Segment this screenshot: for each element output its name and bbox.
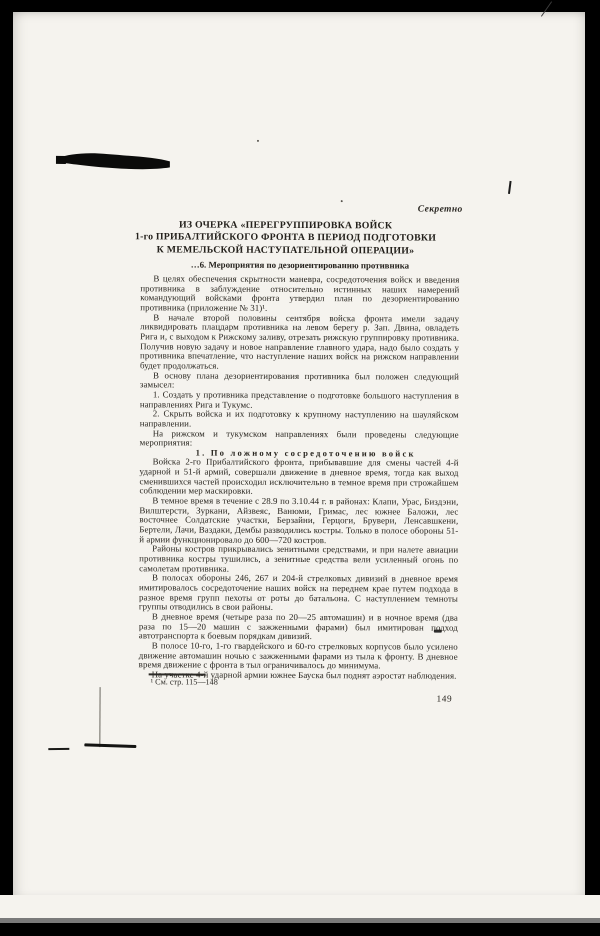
scan-background: Секретно ИЗ ОЧЕРКА «ПЕРЕГРУППИРОВКА ВОЙС… [0,0,600,936]
document-body: В целях обеспечения скрытности маневра, … [139,274,460,681]
document-title: ИЗ ОЧЕРКА «ПЕРЕГРУППИРОВКА ВОЙСК 1-го ПР… [113,219,457,257]
footnote-rule [149,673,206,675]
intro-paragraph-1: В целях обеспечения скрытности маневра, … [140,274,459,314]
footnote: ¹ См. стр. 115—148 [151,677,218,686]
section-paragraph-4: В полосах обороны 246, 267 и 204-й стрел… [139,574,458,614]
scan-speck [257,140,259,142]
margin-mark-artifact [508,181,512,194]
document-title-line-3: К МЕМЕЛЬСКОЙ НАСТУПАТЕЛЬНОЙ ОПЕРАЦИИ» [113,244,457,258]
intro-paragraph-3: В основу плана дезориентирования противн… [140,371,459,392]
section-paragraph-6: В полосе 10-го, 1-го гвардейского и 60-г… [139,641,458,671]
ink-smear-artifact [56,149,174,174]
intro-paragraph-5: 2. Скрыть войска и их подготовку к крупн… [140,409,459,430]
fold-line-artifact [99,687,100,747]
scanner-edge-bar [0,918,600,923]
section-paragraph-2: В темное время в течение с 28.9 по 3.10.… [139,496,458,546]
scan-speck [341,200,343,202]
section-paragraph-5: В дневное время (четыре раза по 20—25 ав… [139,612,458,642]
classification-stamp: Секретно [263,204,463,215]
fold-dash-artifact [48,748,69,750]
section-paragraph-3: Районы костров прикрывались зенитными ср… [139,545,458,575]
scanned-page: Секретно ИЗ ОЧЕРКА «ПЕРЕГРУППИРОВКА ВОЙС… [13,12,585,895]
document-title-line-2: 1-го ПРИБАЛТИЙСКОГО ФРОНТА В ПЕРИОД ПОДГ… [114,231,458,245]
page-content: Секретно ИЗ ОЧЕРКА «ПЕРЕГРУППИРОВКА ВОЙС… [11,11,587,896]
document-subtitle: …6. Мероприятия по дезориентированию про… [140,259,459,270]
intro-paragraph-6: На рижском и тукумском направлениях были… [140,429,459,450]
fold-dash-artifact [84,743,136,748]
section-paragraph-1: Войска 2-го Прибалтийского фронта, прибы… [139,458,458,498]
page-bottom-edge [0,895,600,918]
intro-paragraph-2: В начале второй половины сентября войска… [140,313,459,372]
page-number: 149 [437,695,453,705]
